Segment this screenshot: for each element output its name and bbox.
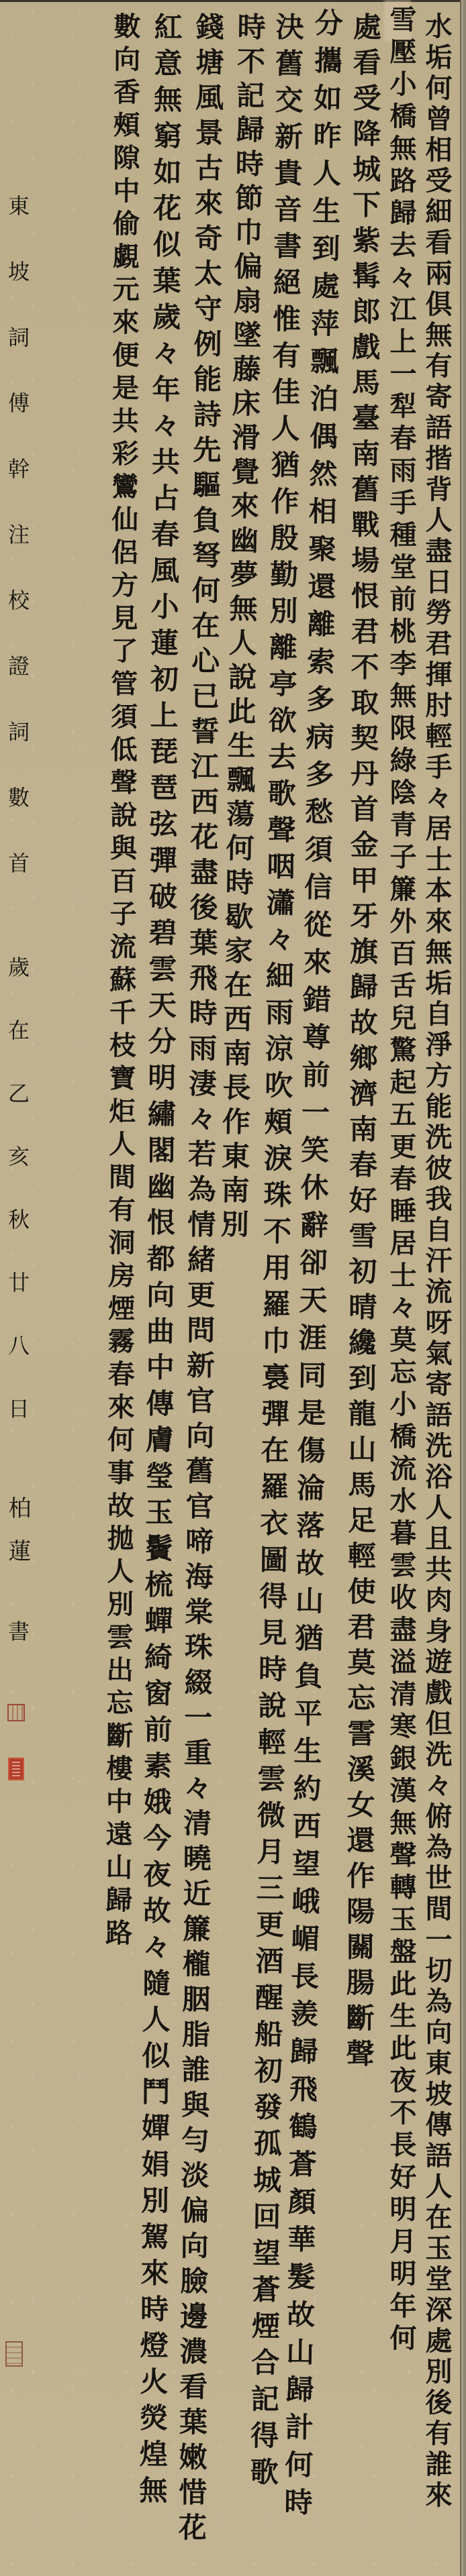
text-column-1: 水垢何曾相受細看兩俱無有寄語揩背人盡日勞君揮肘輕手々居士本來無垢自淨方能洗彼我自…	[423, 12, 450, 2512]
text-column-7: 錢塘風景古來奇太守例能詩先驅負弩何在心已誓江西花盡後葉飛時雨淒々若為情緒更問新官…	[177, 12, 222, 2548]
seal-stamp-red	[8, 1758, 24, 1780]
text-column-2: 雪壓小橋無路歸去々江上一犁春雨手種堂前桃李無限綠陰青子簾外百舌兒驚起五更春睡居士…	[387, 5, 414, 2356]
inscription-date: 歲在乙亥秋廿八日	[7, 956, 28, 1460]
text-column-9: 數向香頰隙中偷覷元來便是共彩鸞仙侶方見了管須低聲說與百子流蘇千枝寶炬人間有洞房煙…	[103, 12, 138, 1951]
text-column-3: 處看受降城下紫髯郎戲馬臺南舊戰場恨君不取契丹首金甲牙旗歸故鄉濟南春好雪初晴纔到龍…	[344, 12, 379, 2074]
inscription-title: 東坡詞傅幹注校證詞數首	[7, 195, 28, 918]
scroll-mount-edge	[460, 0, 466, 2576]
seal-stamp-corner	[5, 2341, 23, 2367]
calligraphy-scroll: 水垢何曾相受細看兩俱無有寄語揩背人盡日勞君揮肘輕手々居士本來無垢自淨方能洗彼我自…	[0, 0, 466, 2576]
text-column-8: 紅意無窮如花似葉歲々年々共占春風小蓮初上琵琶弦彈破碧雲天分明繡閣幽恨都向曲中傳膚…	[137, 12, 181, 2512]
signature-suffix: 書	[7, 1620, 28, 1642]
seal-stamp-outline	[7, 1704, 25, 1721]
text-column-6: 時不記歸時節巾偏扇墜藤床滑覺來幽夢無人說此生飄蕩何時歇家在西南長作東南別	[218, 12, 264, 1244]
artist-signature: 柏蓮	[6, 1496, 29, 1582]
